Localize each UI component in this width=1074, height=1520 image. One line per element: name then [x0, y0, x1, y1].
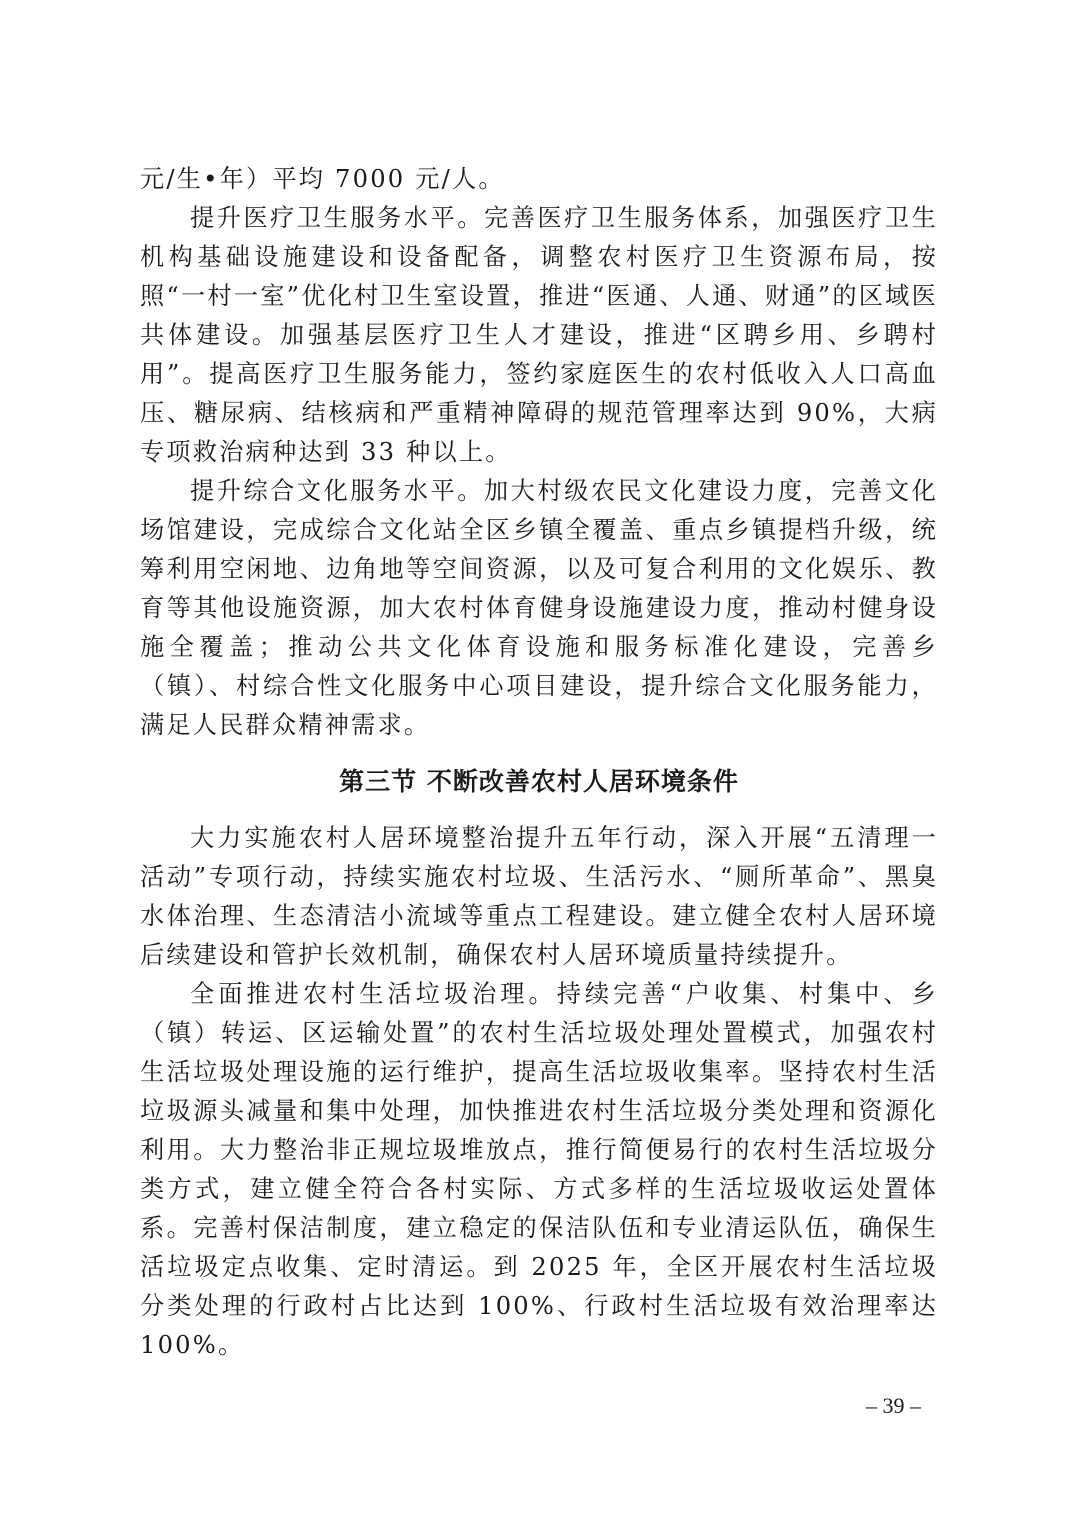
paragraph-living-environment: 大力实施农村人居环境整治提升五年行动，深入开展“五清理一活动”专项行动，持续实施…: [140, 819, 938, 975]
paragraph-education-cost: 元/生•年）平均 7000 元/人。: [140, 160, 938, 199]
document-page: 元/生•年）平均 7000 元/人。 提升医疗卫生服务水平。完善医疗卫生服务体系…: [140, 160, 938, 1365]
paragraph-medical-services: 提升医疗卫生服务水平。完善医疗卫生服务体系，加强医疗卫生机构基础设施建设和设备配…: [140, 199, 938, 472]
page-number: – 39 –: [866, 1393, 921, 1419]
section-heading: 第三节 不断改善农村人居环境条件: [140, 755, 938, 809]
paragraph-waste-management: 全面推进农村生活垃圾治理。持续完善“户收集、村集中、乡（镇）转运、区运输处置”的…: [140, 975, 938, 1365]
paragraph-cultural-services: 提升综合文化服务水平。加大村级农民文化建设力度，完善文化场馆建设，完成综合文化站…: [140, 472, 938, 745]
